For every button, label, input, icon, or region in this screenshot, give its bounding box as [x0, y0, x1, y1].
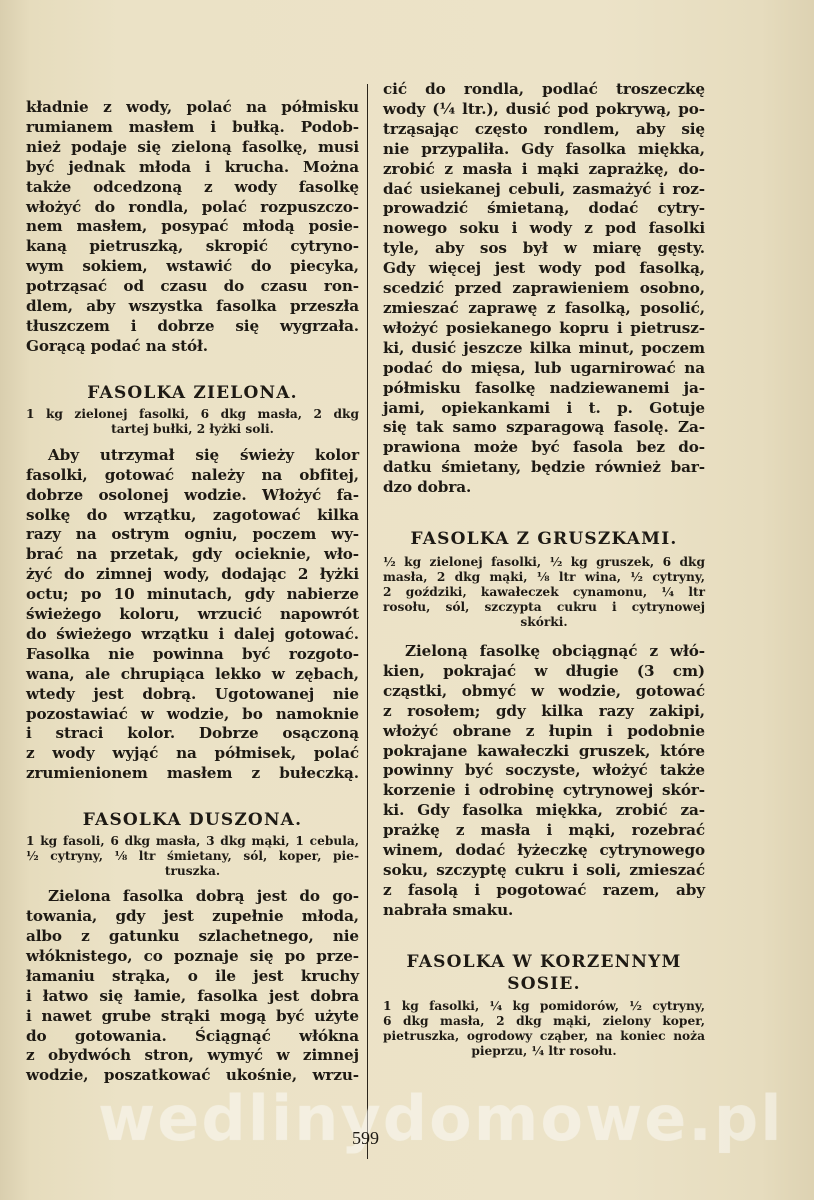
text-line: scedzić przed zaprawieniem osobno, — [383, 279, 705, 299]
text-line: nowego soku i wody z pod fasolki — [383, 219, 705, 239]
text-line: potrząsać od czasu do czasu ron- — [26, 277, 359, 297]
text-line: towania, gdy jest zupełnie młoda, — [26, 907, 359, 927]
text-line: zmieszać zaprawę z fasolką, posolić, — [383, 299, 705, 319]
text-line: zrumienionem masłem z bułeczką. — [26, 764, 359, 784]
text-line: podać do mięsa, lub ugarnirować na — [383, 359, 705, 379]
text-line: prowadzić śmietaną, dodać cytry- — [383, 199, 705, 219]
ingredients-line: 1 kg fasolki, ¼ kg pomidorów, ½ cytryny, — [383, 999, 705, 1014]
text-line: Fasolka nie powinna być rozgoto- — [26, 645, 359, 665]
text-line: nem masłem, posypać młodą posie- — [26, 217, 359, 237]
ingredients-line: 1 kg fasoli, 6 dkg masła, 3 dkg mąki, 1 … — [26, 834, 359, 849]
text-line: i nawet grube strąki mogą być użyte — [26, 1007, 359, 1027]
text-line: łamaniu strąka, o ile jest kruchy — [26, 967, 359, 987]
text-line: półmisku fasolkę nadziewanemi ja- — [383, 379, 705, 399]
ingredients-line: masła, 2 dkg mąki, ⅛ ltr wina, ½ cytryny… — [383, 570, 705, 585]
text-line: z fasolą i pogotować razem, aby — [383, 881, 705, 901]
recipe-title: FASOLKA W KORZENNYM SOSIE. — [383, 951, 705, 995]
column-divider — [367, 84, 368, 1159]
text-line: z wody wyjąć na półmisek, polać — [26, 744, 359, 764]
page-number: 599 — [352, 1128, 379, 1149]
text-line: z obydwóch stron, wymyć w zimnej — [26, 1046, 359, 1066]
text-line: Gorącą podać na stół. — [26, 337, 359, 357]
recipe-title: FASOLKA ZIELONA. — [26, 382, 359, 404]
ingredients-line: ½ kg zielonej fasolki, ½ kg gruszek, 6 d… — [383, 555, 705, 570]
text-line: nie przypaliła. Gdy fasolka miękka, — [383, 140, 705, 160]
ingredients-line: 1 kg zielonej fasolki, 6 dkg masła, 2 dk… — [26, 407, 359, 422]
text-line: ki, dusić jeszcze kilka minut, poczem — [383, 339, 705, 359]
ingredients-list: 1 kg fasoli, 6 dkg masła, 3 dkg mąki, 1 … — [26, 834, 359, 879]
ingredients-list: 1 kg zielonej fasolki, 6 dkg masła, 2 dk… — [26, 407, 359, 437]
continuation-paragraph: cić do rondla, podlać troszeczkę wody (¼… — [383, 80, 705, 498]
right-column: cić do rondla, podlać troszeczkę wody (¼… — [383, 80, 705, 1059]
text-line: i straci kolor. Dobrze osączoną — [26, 724, 359, 744]
text-line: dać usiekanej cebuli, zasmażyć i roz- — [383, 180, 705, 200]
text-line: korzenie i odrobinę cytrynowej skór- — [383, 781, 705, 801]
text-line: Aby utrzymał się świeży kolor — [26, 446, 359, 466]
text-line: włożyć posiekanego kopru i pietrusz- — [383, 319, 705, 339]
text-line: prawiona może być fasola bez do- — [383, 438, 705, 458]
text-line: włóknistego, co poznaje się po prze- — [26, 947, 359, 967]
text-line: kien, pokrajać w długie (3 cm) — [383, 662, 705, 682]
text-line: winem, dodać łyżeczkę cytrynowego — [383, 841, 705, 861]
watermark: wedlinydomowe.pl — [98, 1082, 783, 1155]
ingredients-line: tartej bułki, 2 łyżki soli. — [26, 422, 359, 437]
continuation-paragraph: kładnie z wody, polać na półmisku rumian… — [26, 98, 359, 357]
text-line: dobrze osolonej wodzie. Włożyć fa- — [26, 486, 359, 506]
text-line: trząsając często rondlem, aby się — [383, 120, 705, 140]
text-line: kładnie z wody, polać na półmisku — [26, 98, 359, 118]
left-column: kładnie z wody, polać na półmisku rumian… — [26, 98, 359, 1086]
text-line: pokrajane kawałeczki gruszek, które — [383, 742, 705, 762]
ingredients-line: truszka. — [26, 864, 359, 879]
text-line: świeżego koloru, wrzucić napowrót — [26, 605, 359, 625]
text-line: Zieloną fasolkę obciągnąć z włó- — [383, 642, 705, 662]
text-line: i łatwo się łamie, fasolka jest dobra — [26, 987, 359, 1007]
text-line: nież podaje się zieloną fasolkę, musi — [26, 138, 359, 158]
text-line: z rosołem; gdy kilka razy zakipi, — [383, 702, 705, 722]
text-line: powinny być soczyste, włożyć także — [383, 761, 705, 781]
text-line: solkę do wrzątku, zagotować kilka — [26, 506, 359, 526]
text-line: rumianem masłem i bułką. Podob- — [26, 118, 359, 138]
text-line: wana, ale chrupiąca lekko w zębach, — [26, 665, 359, 685]
ingredients-list: 1 kg fasolki, ¼ kg pomidorów, ½ cytryny,… — [383, 999, 705, 1059]
text-line: kaną pietruszką, skropić cytryno- — [26, 237, 359, 257]
text-line: albo z gatunku szlachetnego, nie — [26, 927, 359, 947]
ingredients-line: rosołu, sól, szczypta cukru i cytrynowej — [383, 600, 705, 615]
text-line: datku śmietany, będzie również bar- — [383, 458, 705, 478]
ingredients-line: 2 goździki, kawałeczek cynamonu, ¼ ltr — [383, 585, 705, 600]
text-line: wym sokiem, wstawić do piecyka, — [26, 257, 359, 277]
text-line: także odcedzoną z wody fasolkę — [26, 178, 359, 198]
text-line: do świeżego wrzątku i dalej gotować. — [26, 625, 359, 645]
text-line: fasolki, gotować należy na obfitej, — [26, 466, 359, 486]
text-line: soku, szczyptę cukru i soli, zmieszać — [383, 861, 705, 881]
text-line: dzo dobra. — [383, 478, 705, 498]
book-page: kładnie z wody, polać na półmisku rumian… — [0, 0, 814, 1200]
recipe-title-line: SOSIE. — [383, 973, 705, 995]
recipe-title: FASOLKA Z GRUSZKAMI. — [383, 528, 705, 550]
recipe-title: FASOLKA DUSZONA. — [26, 809, 359, 831]
text-line: razy na ostrym ogniu, poczem wy- — [26, 525, 359, 545]
text-line: tłuszczem i dobrze się wygrzała. — [26, 317, 359, 337]
text-line: prażkę z masła i mąki, rozebrać — [383, 821, 705, 841]
ingredients-line: skórki. — [383, 615, 705, 630]
text-line: się tak samo szparagową fasolę. Za- — [383, 418, 705, 438]
text-line: włożyć do rondla, polać rozpuszczo- — [26, 198, 359, 218]
text-line: Zielona fasolka dobrą jest do go- — [26, 887, 359, 907]
text-line: zrobić z masła i mąki zaprażkę, do- — [383, 160, 705, 180]
text-line: wtedy jest dobrą. Ugotowanej nie — [26, 685, 359, 705]
text-line: nabrała smaku. — [383, 901, 705, 921]
ingredients-line: pieprzu, ¼ ltr rosołu. — [383, 1044, 705, 1059]
text-line: być jednak młoda i krucha. Można — [26, 158, 359, 178]
text-line: cić do rondla, podlać troszeczkę — [383, 80, 705, 100]
text-line: jami, opiekankami i t. p. Gotuje — [383, 399, 705, 419]
recipe-body: Zielona fasolka dobrą jest do go- towani… — [26, 887, 359, 1086]
text-line: dlem, aby wszystka fasolka przeszła — [26, 297, 359, 317]
text-line: Gdy więcej jest wody pod fasolką, — [383, 259, 705, 279]
text-line: brać na przetak, gdy ocieknie, wło- — [26, 545, 359, 565]
ingredients-list: ½ kg zielonej fasolki, ½ kg gruszek, 6 d… — [383, 555, 705, 630]
text-line: cząstki, obmyć w wodzie, gotować — [383, 682, 705, 702]
text-line: wody (¼ ltr.), dusić pod pokrywą, po- — [383, 100, 705, 120]
text-line: ki. Gdy fasolka miękka, zrobić za- — [383, 801, 705, 821]
text-line: octu; po 10 minutach, gdy nabierze — [26, 585, 359, 605]
recipe-body: Aby utrzymał się świeży kolor fasolki, g… — [26, 446, 359, 784]
recipe-body: Zieloną fasolkę obciągnąć z włó- kien, p… — [383, 642, 705, 921]
text-line: włożyć obrane z łupin i podobnie — [383, 722, 705, 742]
text-line: pozostawiać w wodzie, bo namoknie — [26, 705, 359, 725]
text-line: tyle, aby sos był w miarę gęsty. — [383, 239, 705, 259]
ingredients-line: 6 dkg masła, 2 dkg mąki, zielony koper, — [383, 1014, 705, 1029]
recipe-title-line: FASOLKA W KORZENNYM — [383, 951, 705, 973]
ingredients-line: ½ cytryny, ⅛ ltr śmietany, sól, koper, p… — [26, 849, 359, 864]
text-line: żyć do zimnej wody, dodając 2 łyżki — [26, 565, 359, 585]
text-line: do gotowania. Ściągnąć włókna — [26, 1027, 359, 1047]
ingredients-line: pietruszka, ogrodowy cząber, na koniec n… — [383, 1029, 705, 1044]
